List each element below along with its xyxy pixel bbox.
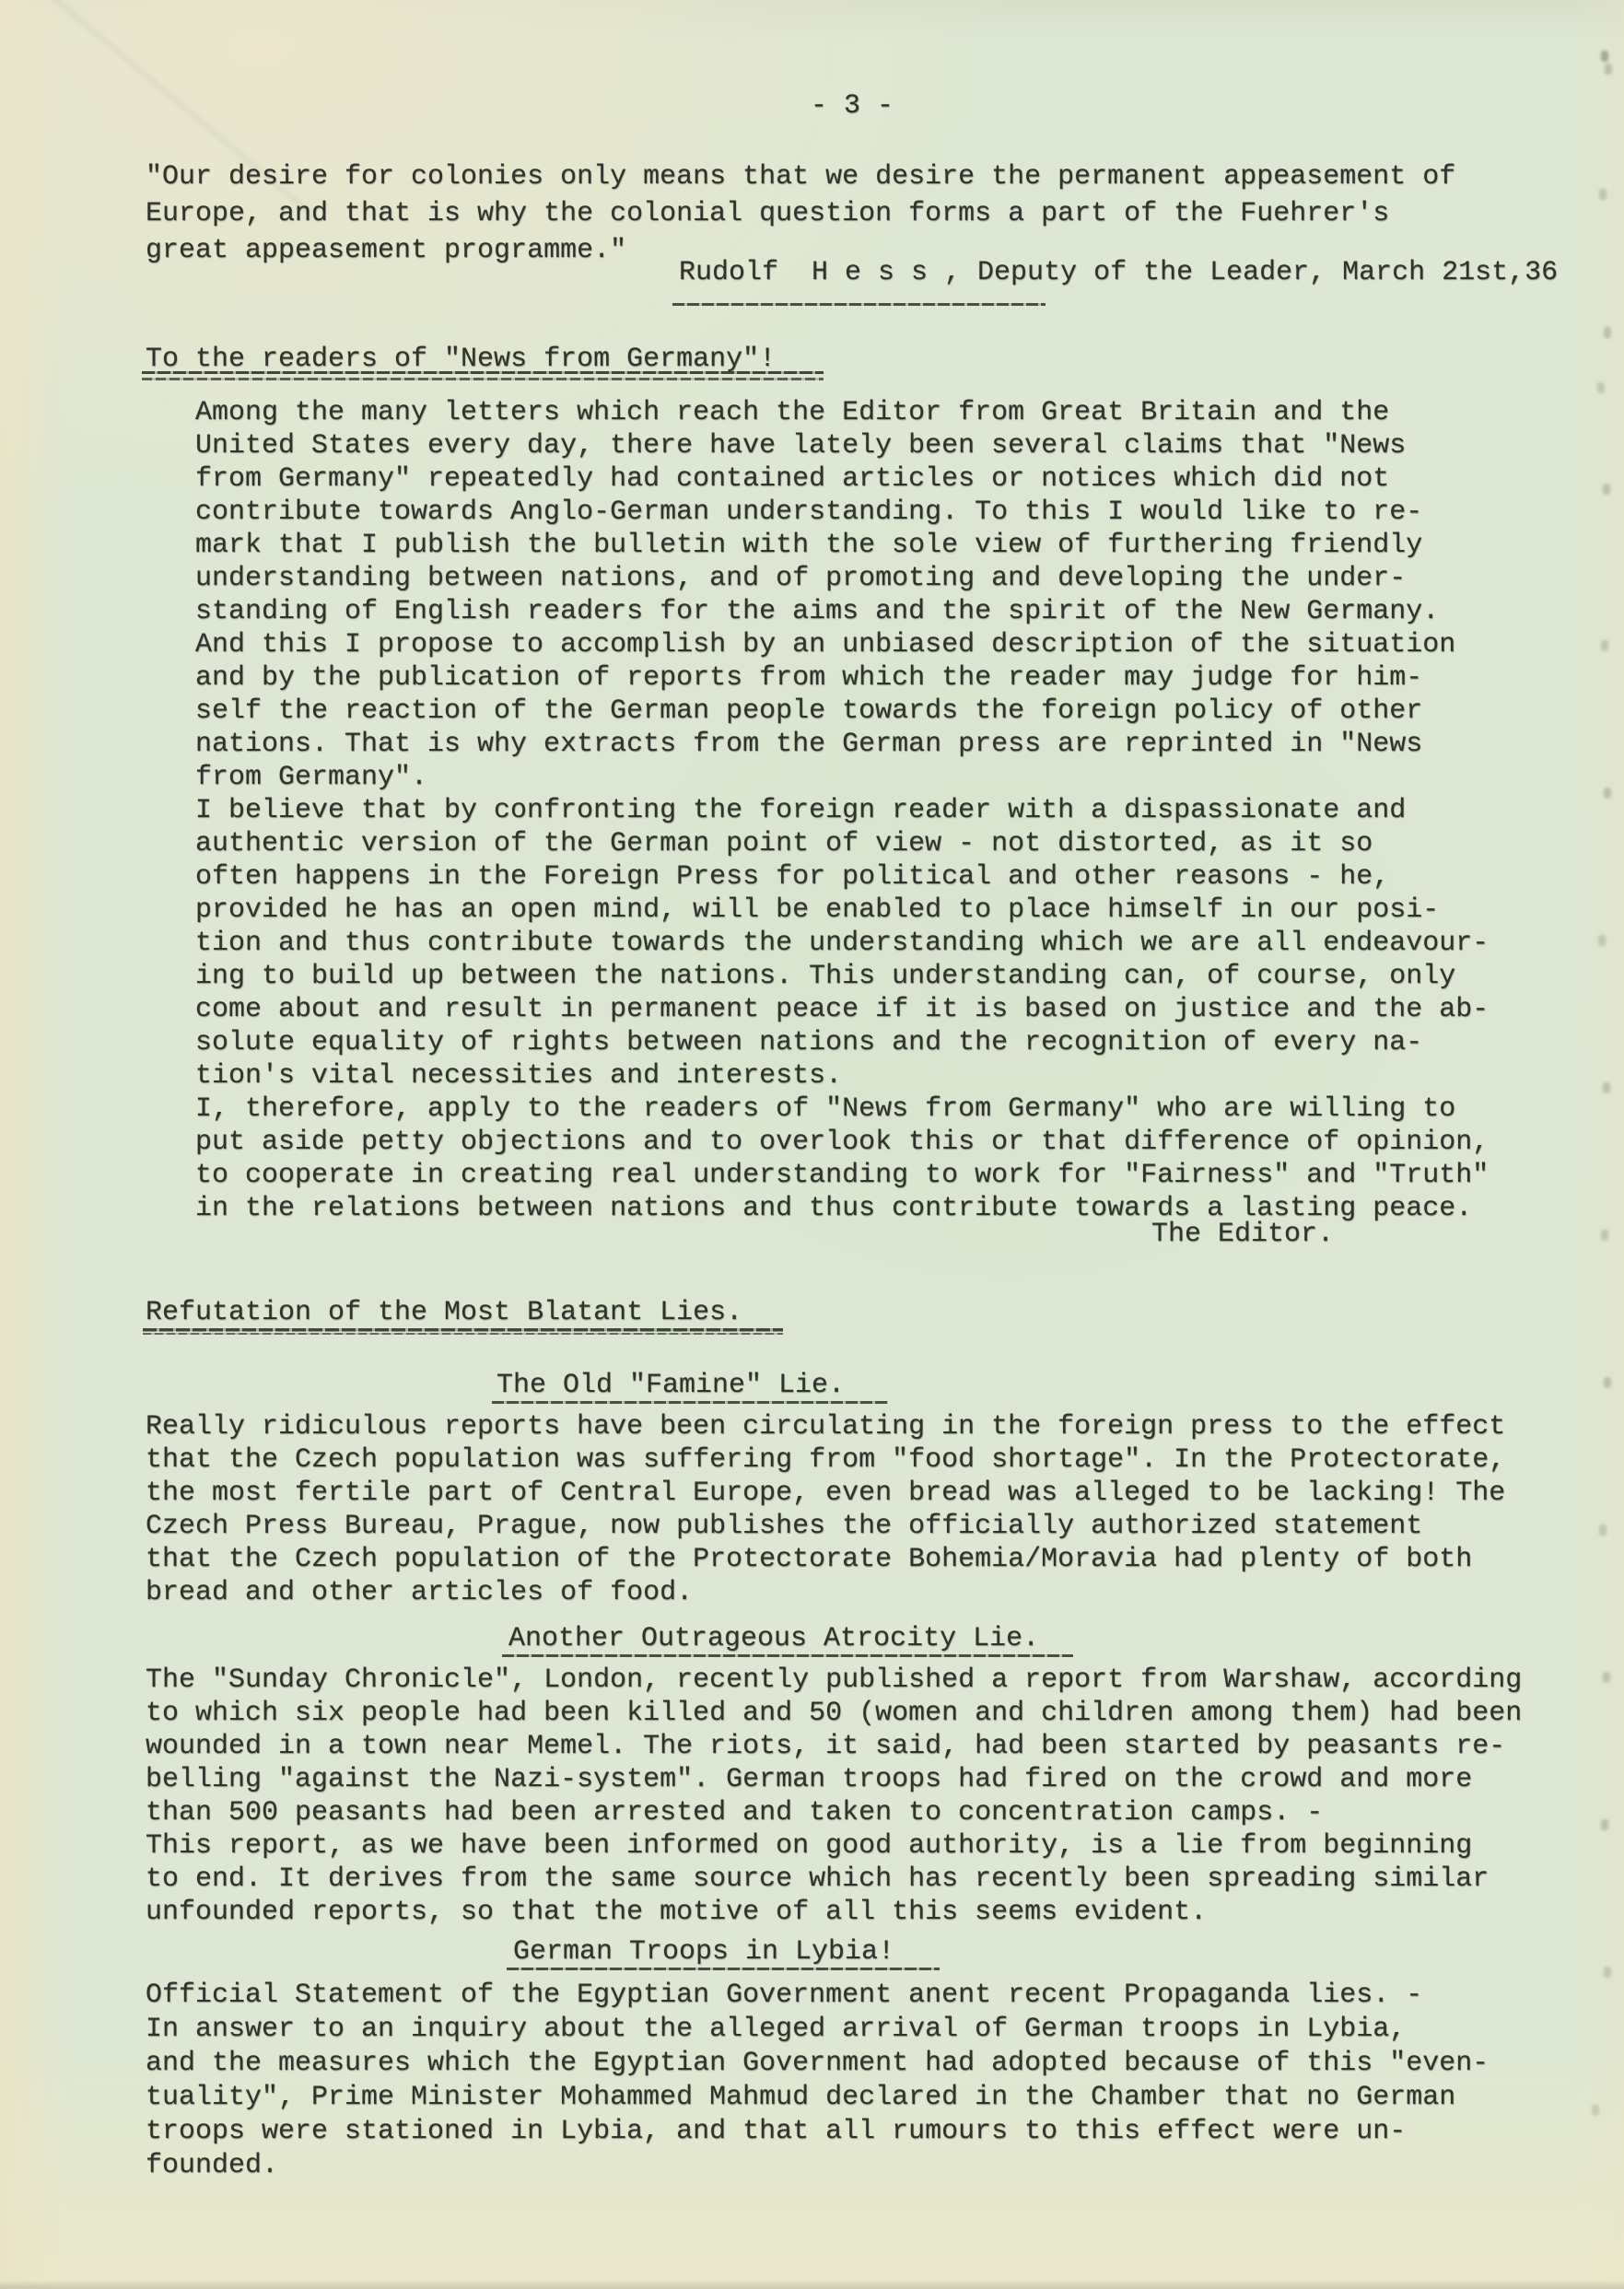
editor-note-heading: To the readers of "News from Germany"! [146, 344, 776, 375]
text-line: United States every day, there have late… [195, 429, 1489, 462]
text-line: that the Czech population was suffering … [146, 1443, 1505, 1477]
text-line: from Germany" repeatedly had contained a… [195, 462, 1489, 496]
section-title-famine-underline [492, 1401, 888, 1405]
quote-attribution: Rudolf H e s s , Deputy of the Leader, M… [679, 256, 1558, 289]
text-line: This report, as we have been informed on… [146, 1829, 1522, 1863]
refutation-heading: Refutation of the Most Blatant Lies. [146, 1297, 742, 1328]
text-line: contribute towards Anglo-German understa… [195, 496, 1489, 529]
section-title-atrocity-underline [502, 1654, 1073, 1658]
refutation-heading-underline [143, 1328, 783, 1335]
text-line: And this I propose to accomplish by an u… [195, 628, 1489, 661]
text-line: and by the publication of reports from w… [195, 661, 1489, 695]
text-line: that the Czech population of the Protect… [146, 1543, 1505, 1576]
text-line: "Our desire for colonies only means that… [146, 158, 1455, 195]
text-line: Official Statement of the Egyptian Gover… [146, 1979, 1489, 2013]
text-line: unfounded reports, so that the motive of… [146, 1896, 1522, 1929]
text-line: to cooperate in creating real understand… [195, 1159, 1489, 1192]
section-body-famine-lie: Really ridiculous reports have been circ… [146, 1410, 1505, 1609]
section-body-atrocity-lie: The "Sunday Chronicle", London, recently… [146, 1664, 1522, 1929]
text-line: mark that I publish the bulletin with th… [195, 529, 1489, 562]
editor-note-heading-underline [142, 371, 824, 381]
text-line: self the reaction of the German people t… [195, 695, 1489, 728]
section-body-lybia: Official Statement of the Egyptian Gover… [146, 1979, 1489, 2183]
text-line: Czech Press Bureau, Prague, now publishe… [146, 1510, 1505, 1543]
text-line: wounded in a town near Memel. The riots,… [146, 1730, 1522, 1763]
text-line: understanding between nations, and of pr… [195, 562, 1489, 595]
ink-bleed-through-marks [1601, 51, 1608, 62]
text-line: put aside petty objections and to overlo… [195, 1126, 1489, 1159]
text-line: founded. [146, 2149, 1489, 2183]
text-line: come about and result in permanent peace… [195, 993, 1489, 1026]
text-line: The "Sunday Chronicle", London, recently… [146, 1664, 1522, 1697]
text-line: the most fertile part of Central Europe,… [146, 1477, 1505, 1510]
section-title-lybia: German Troops in Lybia! [513, 1936, 894, 1968]
editor-signature: The Editor. [1151, 1218, 1334, 1251]
text-line: belling "against the Nazi-system". Germa… [146, 1763, 1522, 1796]
text-line: I, therefore, apply to the readers of "N… [195, 1092, 1489, 1126]
text-line: Among the many letters which reach the E… [195, 396, 1489, 429]
text-line: I believe that by confronting the foreig… [195, 794, 1489, 827]
text-line: bread and other articles of food. [146, 1576, 1505, 1609]
document-page: - 3 - "Our desire for colonies only mean… [0, 0, 1624, 2289]
text-line: from Germany". [195, 761, 1489, 794]
section-title-lybia-underline [507, 1968, 940, 1971]
quote-paragraph: "Our desire for colonies only means that… [146, 158, 1455, 269]
section-title-atrocity-lie: Another Outrageous Atrocity Lie. [508, 1623, 1039, 1654]
text-line: tuality", Prime Minister Mohammed Mahmud… [146, 2081, 1489, 2115]
text-line: nations. That is why extracts from the G… [195, 728, 1489, 761]
text-line: tion and thus contribute towards the und… [195, 927, 1489, 960]
text-line: tion's vital necessities and interests. [195, 1059, 1489, 1092]
text-line: to which six people had been killed and … [146, 1697, 1522, 1730]
text-line: to end. It derives from the same source … [146, 1863, 1522, 1896]
section-divider-rule [672, 303, 1046, 307]
text-line: ing to build up between the nations. Thi… [195, 960, 1489, 993]
text-line: In answer to an inquiry about the allege… [146, 2013, 1489, 2047]
text-line: Europe, and that is why the colonial que… [146, 195, 1455, 232]
text-line: solute equality of rights between nation… [195, 1026, 1489, 1059]
text-line: than 500 peasants had been arrested and … [146, 1796, 1522, 1829]
text-line: troops were stationed in Lybia, and that… [146, 2115, 1489, 2149]
text-line: authentic version of the German point of… [195, 827, 1489, 860]
text-line: provided he has an open mind, will be en… [195, 893, 1489, 927]
section-title-famine-lie: The Old "Famine" Lie. [497, 1370, 845, 1401]
text-line: standing of English readers for the aims… [195, 595, 1489, 628]
editor-note-body: Among the many letters which reach the E… [195, 396, 1489, 1225]
text-line: often happens in the Foreign Press for p… [195, 860, 1489, 893]
text-line: Really ridiculous reports have been circ… [146, 1410, 1505, 1443]
page-number: - 3 - [811, 90, 894, 122]
text-line: and the measures which the Egyptian Gove… [146, 2047, 1489, 2081]
